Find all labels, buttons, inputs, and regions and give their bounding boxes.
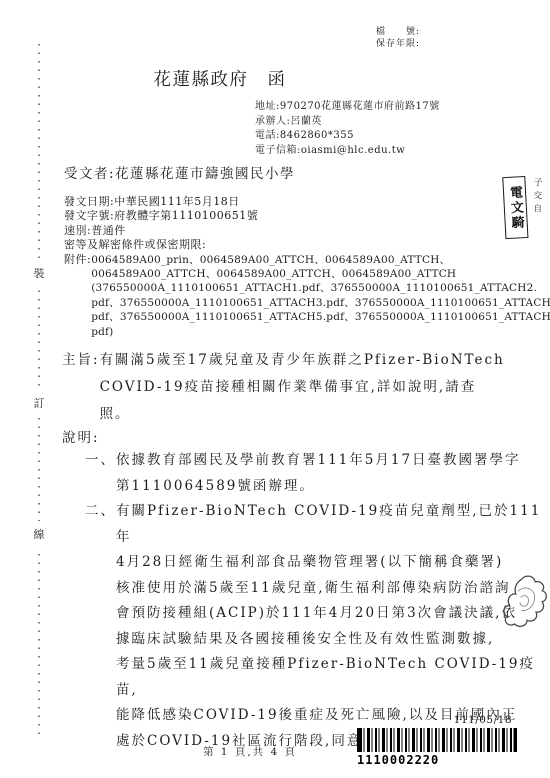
security-line: 密等及解密條件或保密期限: (64, 238, 550, 252)
binding-mark-zhuang: 裝 (27, 260, 51, 286)
subject-line: 照。 (100, 401, 505, 428)
document-meta-block: 發文日期:中華民國111年5月18日 發文字號:府教體字第1110100651號… (64, 195, 550, 339)
doc-number-line: 發文字號:府教體字第1110100651號 (64, 209, 550, 223)
binding-mark-ding: 訂 (27, 390, 51, 416)
item-line: 會預防接種組(ACIP)於111年4月20日第3次會議決議,依 (116, 601, 550, 627)
seam-stamp-text: 電文騎 (505, 185, 526, 231)
priority-line: 速別:普通件 (64, 224, 550, 238)
attachment-label: 附件: (64, 253, 91, 339)
sender-email: 電子信箱:oiasmi@hlc.edu.tw (255, 144, 440, 159)
attachment-line: 0064589A00_ATTCH、0064589A00_ATTCH、006458… (91, 267, 550, 281)
item-text: 依據教育部國民及學前教育署111年5月17日臺教國署學字 第1110064589… (116, 448, 521, 499)
binding-mark-xian: 線 (27, 521, 51, 547)
explanation-item-1: 一、 依據教育部國民及學前教育署111年5月17日臺教國署學字 第1110064… (85, 448, 521, 499)
barcode-number: 1110002220 (357, 753, 439, 767)
page-title: 花蓮縣政府 函 (0, 66, 440, 91)
seal-outline-icon (498, 570, 550, 650)
subject-label: 主旨: (62, 347, 100, 428)
item-line: 考量5歲至11歲兒童接種Pfizer-BioNTech COVID-19疫苗, (116, 652, 550, 703)
attachment-line: (376550000A_1110100651_ATTACH1.pdf、37655… (91, 281, 550, 295)
item-line: 4月28日經衛生福利部食品藥物管理署(以下簡稱食藥署) (116, 550, 550, 576)
item-line: 據臨床試驗結果及各國接種後安全性及有效性監測數據, (116, 627, 550, 653)
attachment-line: 0064589A00_prin、0064589A00_ATTCH、0064589… (91, 253, 550, 267)
item-line: 有關Pfizer-BioNTech COVID-19疫苗兒童劑型,已於111年 (116, 499, 550, 550)
sender-address: 地址:970270花蓮縣花蓮市府前路17號 (255, 100, 440, 115)
official-letter-page: 檔 號: 保存年限: 花蓮縣政府 函 地址:970270花蓮縣花蓮市府前路17號… (0, 0, 550, 778)
page-number-info: 第 1 頁,共 4 頁 (150, 744, 350, 759)
item-number: 二、 (85, 499, 116, 754)
subject-line: 有關滿5歲至17歲兒童及青少年族群之Pfizer-BioNTech (100, 347, 505, 374)
sender-contact-person: 承辦人:呂蘭英 (255, 115, 440, 130)
retention-period-label: 保存年限: (376, 38, 420, 50)
issue-date-line: 發文日期:中華民國111年5月18日 (64, 195, 550, 209)
item-line: 依據教育部國民及學前教育署111年5月17日臺教國署學字 (116, 448, 521, 474)
seam-stamp-box: 電文騎 (502, 176, 528, 239)
sender-phone: 電話:8462860*355 (255, 129, 440, 144)
sender-info-block: 地址:970270花蓮縣花蓮市府前路17號 承辦人:呂蘭英 電話:8462860… (255, 100, 440, 158)
attachment-line: pdf) (91, 325, 550, 339)
official-seal-stamp (498, 570, 550, 654)
seam-stamp-side-text: 子交自 (530, 177, 544, 216)
subject-block: 主旨: 有關滿5歲至17歲兒童及青少年族群之Pfizer-BioNTech CO… (62, 347, 505, 428)
attachment-line: pdf、376550000A_1110100651_ATTACH3.pdf、37… (91, 296, 550, 310)
barcode-image (357, 728, 517, 752)
file-number-block: 檔 號: 保存年限: (376, 26, 420, 50)
recipient-line: 受文者:花蓮縣花蓮市鑄強國民小學 (64, 162, 295, 182)
attachment-line: pdf、376550000A_1110100651_ATTACH5.pdf、37… (91, 310, 550, 324)
item-line: 第1110064589號函辦理。 (116, 474, 521, 500)
item-line: 核准使用於滿5歲至11歲兒童,衛生福利部傳染病防治諮詢 (116, 576, 550, 602)
subject-text: 有關滿5歲至17歲兒童及青少年族群之Pfizer-BioNTech COVID-… (100, 347, 505, 428)
footer-date-stamp: 111/05/18 (424, 714, 512, 726)
electronic-seam-stamp: 電文騎 子交自 (502, 175, 549, 245)
subject-line: COVID-19疫苗接種相關作業準備事宜,詳如說明,請查 (100, 374, 505, 401)
item-number: 一、 (85, 448, 116, 499)
file-number-label: 檔 號: (376, 26, 420, 38)
attachment-file-list: 0064589A00_prin、0064589A00_ATTCH、0064589… (91, 253, 550, 339)
attachment-block: 附件: 0064589A00_prin、0064589A00_ATTCH、006… (64, 253, 550, 339)
